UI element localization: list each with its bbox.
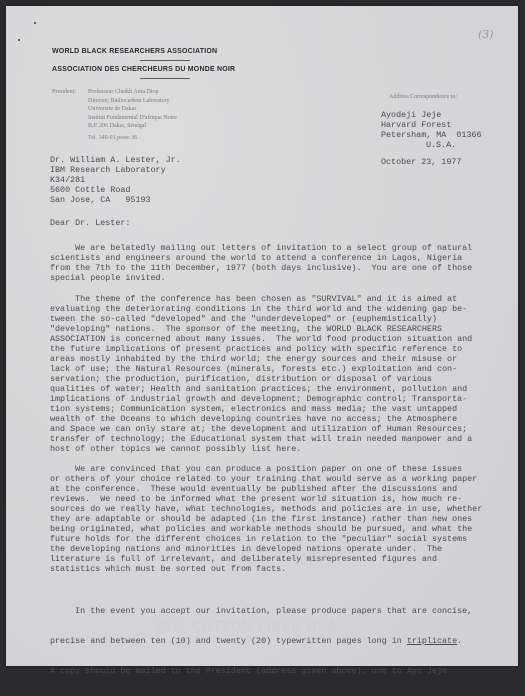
recipient-line: K34/281 [50, 175, 181, 185]
letterhead-title-english: WORLD BLACK RESEARCHERS ASSOCIATION [52, 48, 235, 55]
page-number-value: 3 [482, 28, 489, 41]
recipient-line: Dr. William A. Lester, Jr. [50, 155, 181, 165]
paragraph-line: being originated, what policies and work… [50, 524, 482, 534]
paragraph-line: implications of industrial growth and de… [50, 394, 472, 404]
paragraph-line: at the conference. These would eventuall… [50, 484, 482, 494]
handwritten-page-number: (3) [478, 28, 494, 41]
letter-date: October 23, 1977 [381, 157, 461, 167]
address-line: Ayodeji Jeje [381, 110, 482, 120]
correspondence-label: Address Correspondence to: [389, 94, 457, 100]
paragraph-line: scientists and engineers around the worl… [50, 253, 472, 263]
paragraph-line: tween the so-called "developed" and the … [50, 314, 472, 324]
paragraph-line: areas mostly inhabited by the third worl… [50, 354, 472, 364]
letter-page: (3) WORLD BLACK RESEARCHERS ASSOCIATION … [6, 6, 518, 666]
paragraph-theme: The theme of the conference has been cho… [50, 294, 472, 454]
address-line: Harvard Forest [381, 120, 482, 130]
paragraph-line: In the event you accept our invitation, … [50, 606, 472, 616]
paragraph-line: the developing nations and minorities in… [50, 544, 482, 554]
president-line: Institut Fondamental D'afrique Noire [88, 114, 177, 123]
emphasized-triplicate: triplicate [407, 636, 457, 646]
salutation: Dear Dr. Lester: [50, 218, 130, 228]
president-line: Universite de Dakar [88, 105, 177, 114]
paragraph-line: qualities of water; Health and sanitatio… [50, 384, 472, 394]
paragraph-line: sources do we really have, what technolo… [50, 504, 482, 514]
paragraph-line: from the 7th to the 11th December, 1977 … [50, 263, 472, 273]
paragraph-line: wealth of the Oceans to which developing… [50, 414, 472, 424]
paragraph-line: the future implications of present pract… [50, 344, 472, 354]
paragraph-line: literature is full of irrelevant, and de… [50, 554, 482, 564]
paragraph-line: transfer of technology; the Educational … [50, 434, 472, 444]
president-telephone: Tel. 340-01 poste 36 [88, 134, 177, 143]
paragraph-line: We are convinced that you can produce a … [50, 464, 482, 474]
paragraph-line: ASSOCIATION is concerned about many issu… [50, 334, 472, 344]
paragraph-line: future holds for the different choices i… [50, 534, 482, 544]
paragraph-line: evaluating the deteriorating conditions … [50, 304, 472, 314]
president-line: B.P. 206 Dakar, Sénégal [88, 122, 177, 131]
paragraph-line: statistics which must be sorted out from… [50, 564, 482, 574]
paragraph-line: they are adaptable or should be adapted … [50, 514, 482, 524]
recipient-address: Dr. William A. Lester, Jr.IBM Research L… [50, 155, 181, 205]
paragraph-line: "developing" nations. The sponsor of the… [50, 324, 472, 334]
paragraph-line: reviews. We need to be informed what the… [50, 494, 482, 504]
letterhead-divider [140, 78, 190, 79]
recipient-line: IBM Research Laboratory [50, 165, 181, 175]
paragraph-line: or others of your choice related to your… [50, 474, 482, 484]
paragraph-line: precise and between ten (10) and twenty … [50, 636, 472, 646]
letterhead-title-french: ASSOCIATION DES CHERCHEURS DU MONDE NOIR [52, 66, 235, 73]
letterhead-divider [140, 60, 190, 61]
president-line: Director, Radiocarbon Laboratory [88, 97, 177, 106]
president-line: Professeur Cheikh Anta Diop [88, 88, 177, 97]
paragraph-line: and Space we can only stare at; the deve… [50, 424, 472, 434]
paragraph-line: The theme of the conference has been cho… [50, 294, 472, 304]
paragraph-line: lack of use; the Natural Resources (mine… [50, 364, 472, 374]
paragraph-invitation: We are belatedly mailing out letters of … [50, 243, 472, 283]
president-label: President: [52, 88, 76, 97]
paragraph-text: . [457, 636, 462, 646]
address-country: U.S.A. [381, 140, 482, 150]
paper-speck [18, 39, 20, 41]
paragraph-line: special people invited. [50, 273, 472, 283]
paragraph-line: We are belatedly mailing out letters of … [50, 243, 472, 253]
recipient-line: San Jose, CA 95193 [50, 195, 181, 205]
letterhead: WORLD BLACK RESEARCHERS ASSOCIATION ASSO… [52, 48, 235, 84]
paragraph-line: A copy should be mailed to the President… [50, 666, 472, 676]
paragraph-position-paper: We are convinced that you can produce a … [50, 464, 482, 574]
paper-speck [34, 22, 36, 24]
paragraph-line: tion systems; Communication system, elec… [50, 404, 472, 414]
paragraph-text: precise and between ten (10) and twenty … [50, 636, 407, 646]
address-line: Petersham, MA 01366 [381, 130, 482, 140]
paper-watermark: 25% COTTON FIBER USA [154, 619, 337, 635]
paragraph-line: host of other topics we cannot possibly … [50, 444, 472, 454]
correspondence-address: Ayodeji JejeHarvard ForestPetersham, MA … [381, 110, 482, 150]
recipient-line: 5600 Cottle Road [50, 185, 181, 195]
paragraph-line: servation; the production, purification,… [50, 374, 472, 384]
